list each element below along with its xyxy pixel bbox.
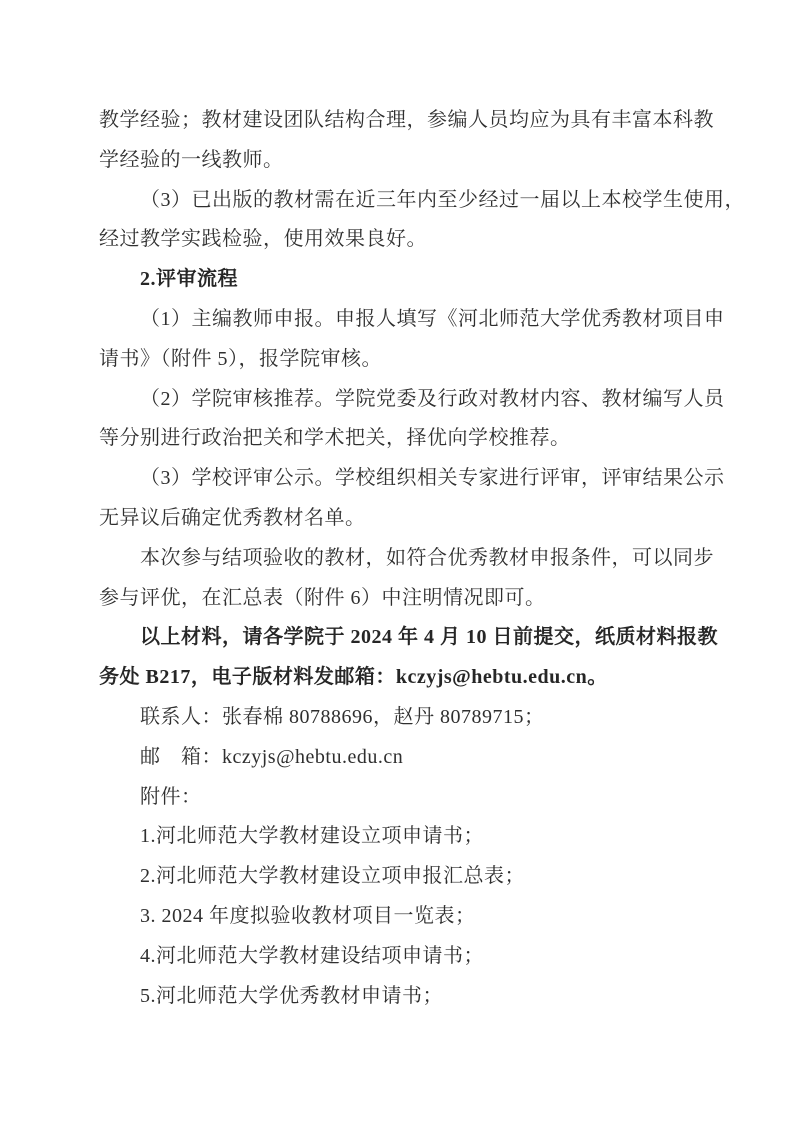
section-heading-review-process: 2.评审流程 <box>99 260 700 300</box>
attachment-item: 5.河北师范大学优秀教材申请书； <box>99 977 700 1017</box>
attachment-item: 4.河北师范大学教材建设结项申请书； <box>99 937 700 977</box>
document-line: 等分别进行政治把关和学术把关，择优向学校推荐。 <box>99 419 700 459</box>
document-line: 请书》（附件 5），报学院审核。 <box>99 340 700 380</box>
document-line: 经过教学实践检验，使用效果良好。 <box>99 220 700 260</box>
document-line: 无异议后确定优秀教材名单。 <box>99 499 700 539</box>
document-line: 学经验的一线教师。 <box>99 141 700 181</box>
submission-email-line: 务处 B217，电子版材料发邮箱：kczyjs@hebtu.edu.cn。 <box>99 658 700 698</box>
contact-email-line: 邮 箱：kczyjs@hebtu.edu.cn <box>99 738 700 778</box>
attachment-item: 3. 2024 年度拟验收教材项目一览表； <box>99 897 700 937</box>
attachment-item: 1.河北师范大学教材建设立项申请书； <box>99 817 700 857</box>
document-line: 本次参与结项验收的教材，如符合优秀教材申报条件，可以同步 <box>99 539 700 579</box>
attachments-label: 附件： <box>99 778 700 818</box>
document-text-block: 教学经验；教材建设团队结构合理，参编人员均应为具有丰富本科教 学经验的一线教师。… <box>99 101 700 1016</box>
document-page: 教学经验；教材建设团队结构合理，参编人员均应为具有丰富本科教 学经验的一线教师。… <box>0 0 800 1131</box>
document-line: （2）学院审核推荐。学院党委及行政对教材内容、教材编写人员 <box>99 380 700 420</box>
attachment-item: 2.河北师范大学教材建设立项申报汇总表； <box>99 857 700 897</box>
contact-person-line: 联系人：张春棉 80788696，赵丹 80789715； <box>99 698 700 738</box>
document-line: （3）已出版的教材需在近三年内至少经过一届以上本校学生使用， <box>99 181 700 221</box>
submission-deadline-line: 以上材料，请各学院于 2024 年 4 月 10 日前提交，纸质材料报教 <box>99 618 700 658</box>
document-line: （1）主编教师申报。申报人填写《河北师范大学优秀教材项目申 <box>99 300 700 340</box>
document-line: 教学经验；教材建设团队结构合理，参编人员均应为具有丰富本科教 <box>99 101 700 141</box>
document-line: 参与评优，在汇总表（附件 6）中注明情况即可。 <box>99 579 700 619</box>
document-line: （3）学校评审公示。学校组织相关专家进行评审，评审结果公示 <box>99 459 700 499</box>
